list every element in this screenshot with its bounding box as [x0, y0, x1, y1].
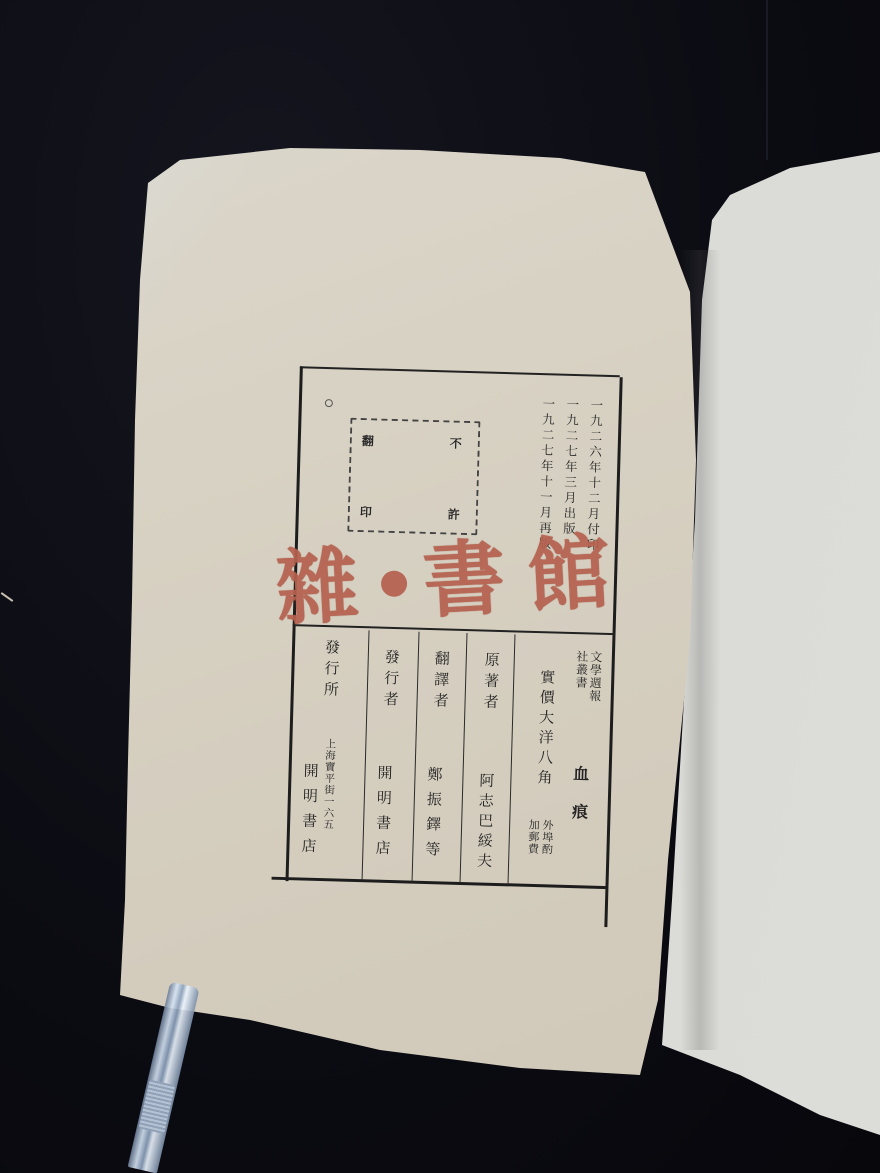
- circle-mark-icon: [325, 399, 333, 407]
- cloth-fold: [766, 0, 768, 160]
- series-name-line2: 社叢書: [573, 650, 591, 689]
- stamp-char-3: 翻: [362, 432, 374, 449]
- publishing-house-label: 發行所: [321, 639, 344, 703]
- watermark-char-2: 書: [421, 528, 514, 632]
- watermark-char-3: 館: [525, 522, 618, 626]
- author-label: 原著者: [480, 651, 503, 715]
- cell-divider: [460, 633, 468, 883]
- stamp-char-4: 印: [360, 503, 372, 520]
- issuer-label: 發行者: [380, 649, 403, 713]
- no-reprint-stamp-box: 不 許 翻 印: [347, 418, 480, 536]
- watermark-overlay: 雜 書 館: [273, 517, 618, 645]
- price-label: 實價大洋八角: [534, 669, 558, 790]
- colophon-frame: 不 許 翻 印 一九二六年十二月付印 一九二七年三月出版 一九二七年十一月再版 …: [274, 362, 630, 931]
- watermark-char-1: 雜: [274, 535, 367, 639]
- cell-divider: [412, 632, 420, 882]
- cell-divider: [362, 630, 370, 880]
- translator-name: 鄭振鐸等: [422, 766, 446, 867]
- author-name: 阿志巴綏夫: [474, 772, 498, 873]
- stamp-char-1: 不: [450, 434, 462, 451]
- watermark-dot-icon: [380, 570, 407, 597]
- cell-divider: [508, 634, 516, 884]
- frame-bottom-border: [272, 877, 608, 889]
- postage-note-line2: 加郵費: [524, 819, 541, 855]
- book-title: 血痕: [567, 765, 592, 842]
- translator-label: 翻譯者: [430, 650, 453, 714]
- stamp-char-2: 許: [448, 505, 460, 522]
- publishing-house-name: 開明書店: [298, 762, 322, 863]
- issuer-name: 開明書店: [372, 765, 396, 866]
- date-published: 一九二七年三月出版: [559, 398, 581, 538]
- publishing-house-address: 上海寶平街一六五: [321, 738, 339, 830]
